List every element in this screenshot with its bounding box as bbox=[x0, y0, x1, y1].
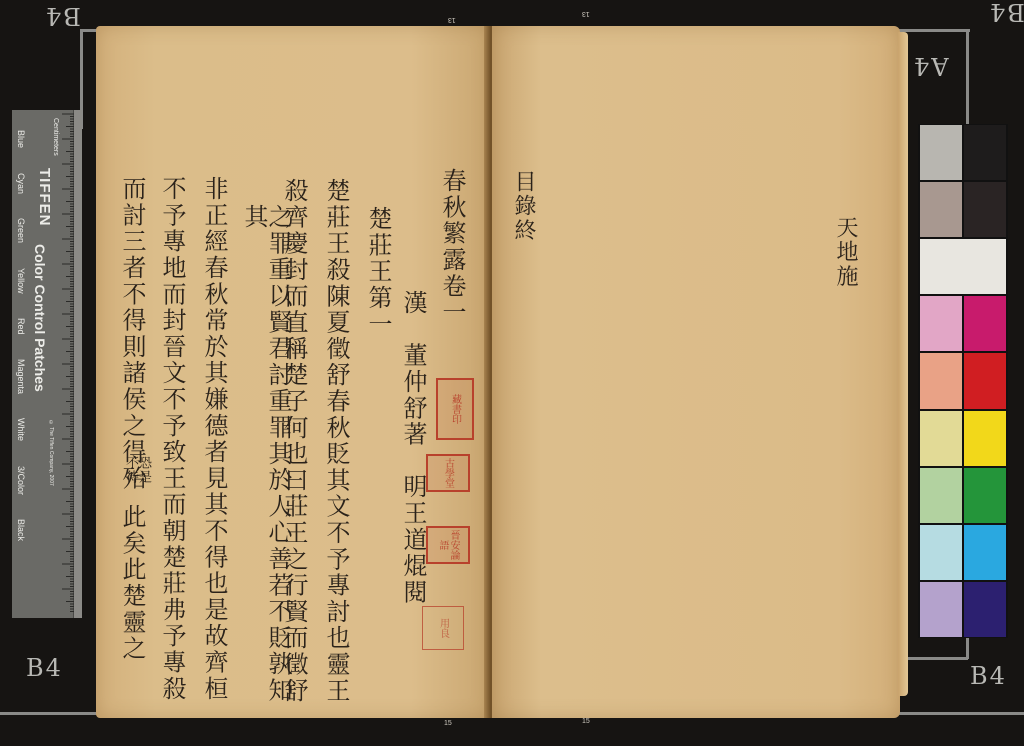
label-bottom-left: B4 bbox=[26, 654, 63, 682]
open-book: 春秋繁露卷一 漢 董仲舒著 明王道焜閱 楚莊王第一 楚莊王殺陳夏徵舒春秋貶其文不… bbox=[82, 26, 906, 718]
chapter-title: 楚莊王第一 bbox=[366, 206, 390, 338]
top-ruler-number: 13 bbox=[582, 10, 590, 17]
color-patch-right-0 bbox=[964, 125, 1006, 180]
color-patch-right-1 bbox=[964, 182, 1006, 237]
bottom-ruler-number: 15 bbox=[582, 718, 590, 725]
dynasty-han: 漢 董仲舒著 明王道焜閱 bbox=[399, 290, 427, 606]
volume-title: 春秋繁露卷一 bbox=[440, 168, 464, 326]
color-patch-left-3 bbox=[920, 296, 962, 351]
color-patch-left-1 bbox=[920, 182, 962, 237]
heaven-earth-label: 天地施 bbox=[834, 216, 856, 289]
top-ruler-number: 13 bbox=[448, 16, 456, 23]
seal-stamp: 古學堂 bbox=[426, 454, 470, 492]
text-annotation: 恐是不待 bbox=[124, 456, 150, 496]
text-column-1: 楚莊王殺陳夏徵舒春秋貶其文不予專討也靈王 bbox=[324, 178, 348, 704]
toc-end-label: 目錄終 bbox=[512, 170, 534, 243]
copyright: © The Tiffen Company, 2007 bbox=[48, 420, 54, 486]
label-bottom-right: B4 bbox=[970, 662, 1007, 690]
target-frame-inner-bottom bbox=[908, 657, 968, 660]
right-page: 目錄終 天地施 bbox=[492, 26, 900, 718]
text-column-5: 不予專地而封晉文不予致王而朝楚莊弗予專殺 bbox=[160, 176, 184, 702]
text-column-6a: 而討三者不得則諸侯之得殆 bbox=[120, 176, 144, 496]
color-patch-right-4 bbox=[964, 353, 1006, 408]
patch-label: Blue bbox=[16, 130, 26, 148]
text-column-4: 非正經春秋常於其嫌德者見其不得也是故齊桓 bbox=[202, 176, 226, 702]
patch-label: Cyan bbox=[16, 173, 26, 194]
color-patch-left-0 bbox=[920, 125, 962, 180]
color-patch-left-7 bbox=[920, 525, 962, 580]
label-top-right-inner: A4 bbox=[912, 52, 949, 80]
color-patch-right-7 bbox=[964, 525, 1006, 580]
ruler-ticks bbox=[50, 110, 74, 618]
color-patch-full-2 bbox=[920, 239, 1006, 294]
seal-stamp: 藏書印 bbox=[436, 378, 474, 440]
label-top-left: B4 bbox=[44, 2, 81, 30]
page-edge bbox=[898, 32, 908, 696]
color-patch-right-3 bbox=[964, 296, 1006, 351]
color-patch-left-5 bbox=[920, 411, 962, 466]
tiffen-brand: TIFFEN bbox=[36, 168, 53, 227]
patch-label-list: Blue Cyan Green Yellow Red Magenta White… bbox=[16, 130, 26, 620]
seal-stamp: 晉安論語 bbox=[426, 526, 470, 564]
patch-label: Red bbox=[16, 318, 26, 335]
color-patch-left-6 bbox=[920, 468, 962, 523]
color-patch-left-4 bbox=[920, 353, 962, 408]
text-column-3: 之罪重以賢君討重罪其於人心善若不貶孰知其 bbox=[242, 204, 290, 718]
patch-label: 3/Color bbox=[16, 466, 26, 495]
color-patch-right-6 bbox=[964, 468, 1006, 523]
seal-stamp: 用良 bbox=[422, 606, 464, 650]
label-top-right: B4 bbox=[988, 0, 1024, 26]
author-line: 漢 董仲舒著 明王道焜閱 bbox=[401, 290, 425, 606]
color-patch-right-5 bbox=[964, 411, 1006, 466]
left-page: 春秋繁露卷一 漢 董仲舒著 明王道焜閱 楚莊王第一 楚莊王殺陳夏徵舒春秋貶其文不… bbox=[96, 26, 490, 718]
centimeters-label: Centimeters bbox=[52, 118, 59, 156]
color-patch-left-8 bbox=[920, 582, 962, 637]
patch-label: Magenta bbox=[16, 359, 26, 394]
tiffen-color-card: Centimeters TIFFEN Color Control Patches… bbox=[12, 110, 82, 618]
color-patch-right-8 bbox=[964, 582, 1006, 637]
color-patch-strip bbox=[918, 124, 1008, 638]
patch-label: Black bbox=[16, 519, 26, 541]
text-column-6b: 此矣此楚靈之 bbox=[120, 504, 144, 662]
patch-label: White bbox=[16, 418, 26, 441]
patch-label: Yellow bbox=[16, 268, 26, 294]
card-title: Color Control Patches bbox=[32, 244, 48, 392]
patch-label: Green bbox=[16, 218, 26, 243]
bottom-ruler-number: 15 bbox=[444, 720, 452, 727]
